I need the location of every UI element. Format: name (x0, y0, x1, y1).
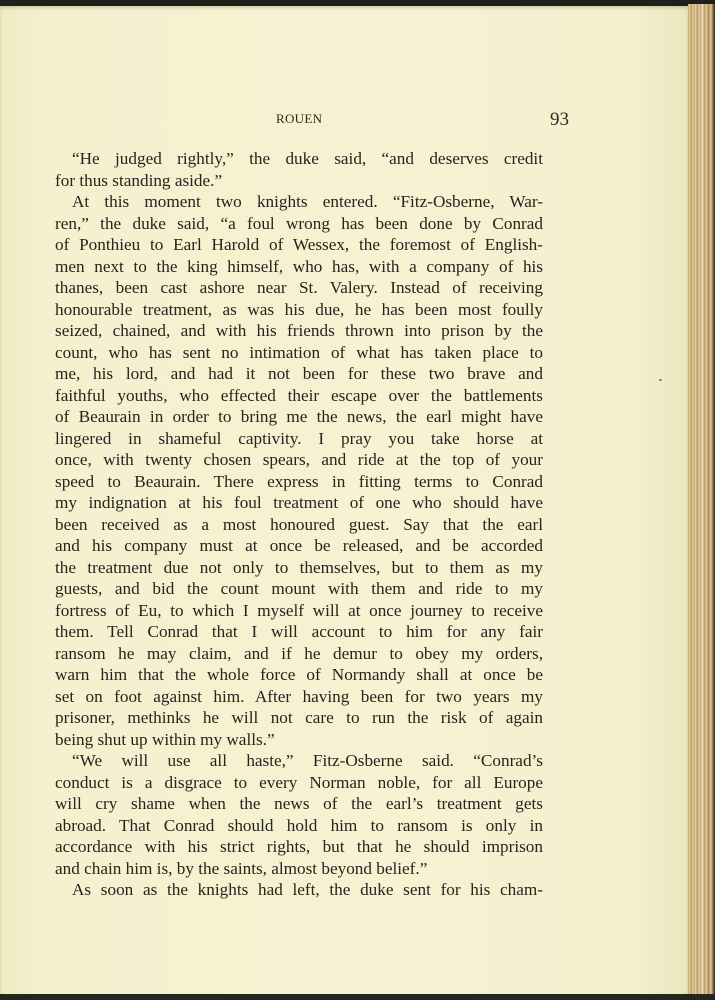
text-line: me, his lord, and had it not been for th… (55, 363, 543, 385)
paper-speck (659, 379, 662, 381)
text-line: accordance with his strict rights, but t… (55, 836, 543, 858)
text-line: faithful youths, who effected their esca… (55, 385, 543, 407)
text-line: set on foot against him. After having be… (55, 686, 543, 708)
text-line: men next to the king himself, who has, w… (55, 256, 543, 278)
page-edges (688, 4, 715, 996)
text-line: speed to Beaurain. There express in fitt… (55, 471, 543, 493)
text-line: “We will use all haste,” Fitz-Osberne sa… (55, 750, 543, 772)
text-line: for thus standing aside.” (55, 170, 543, 192)
text-line: and chain him is, by the saints, almost … (55, 858, 543, 880)
page-number: 93 (550, 109, 569, 131)
text-line: ren,” the duke said, “a foul wrong has b… (55, 213, 543, 235)
text-line: been received as a most honoured guest. … (55, 514, 543, 536)
body-text: “He judged rightly,” the duke said, “and… (55, 148, 543, 901)
text-line: honourable treatment, as was his due, he… (55, 299, 543, 321)
text-line: seized, chained, and with his friends th… (55, 320, 543, 342)
text-line: fortress of Eu, to which I myself will a… (55, 600, 543, 622)
text-line: count, who has sent no intimation of wha… (55, 342, 543, 364)
text-line: them. Tell Conrad that I will account to… (55, 621, 543, 643)
running-title: ROUEN (276, 111, 322, 127)
text-line: ransom he may claim, and if he demur to … (55, 643, 543, 665)
text-line: As soon as the knights had left, the duk… (55, 879, 543, 901)
text-line: and his company must at once be released… (55, 535, 543, 557)
text-line: lingered in shameful captivity. I pray y… (55, 428, 543, 450)
text-line: At this moment two knights entered. “Fit… (55, 191, 543, 213)
text-line: my indignation at his foul treatment of … (55, 492, 543, 514)
book-bottom-shadow (0, 994, 715, 1000)
text-line: of Beaurain in order to bring me the new… (55, 406, 543, 428)
text-line: will cry shame when the news of the earl… (55, 793, 543, 815)
text-line: prisoner, methinks he will not care to r… (55, 707, 543, 729)
text-line: of Ponthieu to Earl Harold of Wessex, th… (55, 234, 543, 256)
text-line: abroad. That Conrad should hold him to r… (55, 815, 543, 837)
text-line: being shut up within my walls.” (55, 729, 543, 751)
text-line: “He judged rightly,” the duke said, “and… (55, 148, 543, 170)
text-line: thanes, been cast ashore near St. Valery… (55, 277, 543, 299)
text-line: once, with twenty chosen spears, and rid… (55, 449, 543, 471)
running-head: ROUEN 93 (0, 109, 600, 131)
book-page: ROUEN 93 “He judged rightly,” the duke s… (0, 6, 688, 996)
text-line: conduct is a disgrace to every Norman no… (55, 772, 543, 794)
text-line: warn him that the whole force of Normand… (55, 664, 543, 686)
text-line: guests, and bid the count mount with the… (55, 578, 543, 600)
text-line: the treatment due not only to themselves… (55, 557, 543, 579)
